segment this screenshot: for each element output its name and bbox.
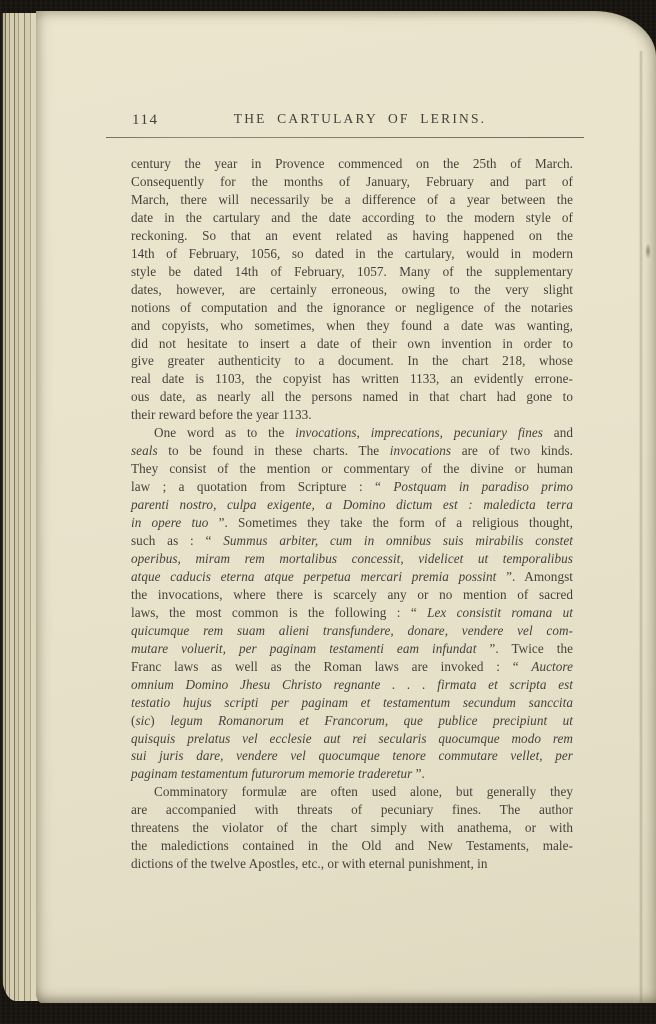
text-run: such as : “ [131, 533, 223, 548]
text-run: dictions of the twelve Apostles, etc., o… [131, 856, 488, 871]
text-run: One word as to the [154, 425, 295, 440]
text-line: testatio hujus scripti per paginam et te… [131, 694, 573, 712]
text-run: and copyists, who sometimes, when they f… [131, 318, 573, 333]
text-line: mutare voluerit, per paginam testamenti … [131, 640, 573, 658]
text-line: omnium Domino Jhesu Christo regnante . .… [131, 676, 573, 694]
italic-text-run: parenti nostro, culpa exigente, a Domino… [131, 497, 573, 512]
text-line: seals to be found in these charts. The i… [131, 442, 573, 460]
italic-text-run: in opere tuo [131, 515, 208, 530]
text-run: notions of computation and the ignorance… [131, 300, 573, 315]
italic-text-run: omnium Domino Jhesu Christo regnante . .… [131, 677, 573, 692]
text-line: their reward before the year 1133. [131, 406, 573, 424]
text-run: give greater authenticity to a document.… [131, 353, 573, 368]
text-line: quicumque rem suam alieni transfundere, … [131, 622, 573, 640]
text-line: in opere tuo ”. Sometimes they take the … [131, 514, 573, 532]
text-line: laws, the most common is the following :… [131, 604, 573, 622]
text-run: date in the cartulary and the date accor… [131, 210, 573, 225]
text-line: Franc laws as well as the Roman laws are… [131, 658, 573, 676]
italic-text-run: legum Romanorum et Francorum, que public… [170, 713, 573, 728]
italic-text-run: invocations [390, 443, 451, 458]
text-run: real date is 1103, the copyist has writt… [131, 371, 573, 386]
running-title: THE CARTULARY OF LERINS. [131, 111, 573, 127]
text-run: Comminatory formulæ are often used alone… [154, 784, 573, 799]
text-run: are of two kinds. [451, 443, 573, 458]
text-run: ”. Amongst [496, 569, 573, 584]
text-run: did not hesitate to insert a date of the… [131, 336, 573, 351]
text-run: ”. Twice the [476, 641, 573, 656]
text-run: the maledictions contained in the Old an… [131, 838, 573, 853]
text-line: the invocations, where there is scarcely… [131, 586, 573, 604]
text-line: Consequently for the months of January, … [131, 173, 573, 191]
text-line: dictions of the twelve Apostles, etc., o… [131, 855, 573, 873]
page-number: 114 [132, 112, 158, 129]
text-line: are accompanied with threats of pecuniar… [131, 801, 573, 819]
text-line: 14th of February, 1056, so dated in the … [131, 245, 573, 263]
text-line: sui juris dare, vendere vel quocumque te… [131, 747, 573, 765]
text-line: atque caducis eterna atque perpetua merc… [131, 568, 573, 586]
text-line: real date is 1103, the copyist has writt… [131, 370, 573, 388]
text-line: did not hesitate to insert a date of the… [131, 335, 573, 353]
text-line: March, there will necessarily be a diffe… [131, 191, 573, 209]
text-line: such as : “ Summus arbiter, cum in omnib… [131, 532, 573, 550]
text-line: paginam testamentum futurorum memorie tr… [131, 765, 573, 783]
text-run: ous date, as nearly all the persons name… [131, 389, 573, 404]
text-run: They consist of the mention or commentar… [131, 461, 573, 476]
italic-text-run: operibus, miram rem mortalibus concessit… [131, 551, 573, 566]
text-line: Comminatory formulæ are often used alone… [131, 783, 573, 801]
text-run: their reward before the year 1133. [131, 407, 312, 422]
text-line: law ; a quotation from Scripture : “ Pos… [131, 478, 573, 496]
text-line: the maledictions contained in the Old an… [131, 837, 573, 855]
text-run: are accompanied with threats of pecuniar… [131, 802, 573, 817]
text-line: parenti nostro, culpa exigente, a Domino… [131, 496, 573, 514]
italic-text-run: quisquis prelatus vel ecclesie aut rei s… [131, 731, 573, 746]
italic-text-run: testatio hujus scripti per paginam et te… [131, 695, 573, 710]
italic-text-run: seals [131, 443, 158, 458]
italic-text-run: Lex consistit romana ut [427, 605, 573, 620]
italic-text-run: Postquam in paradiso primo [393, 479, 573, 494]
text-run: ) [150, 713, 170, 728]
page-edge-notch [645, 243, 651, 259]
text-run: Franc laws as well as the Roman laws are… [131, 659, 531, 674]
italic-text-run: sic [135, 713, 150, 728]
italic-text-run: paginam testamentum futurorum memorie tr… [131, 766, 412, 781]
text-line: style be dated 14th of February, 1057. M… [131, 263, 573, 281]
italic-text-run: atque caducis eterna atque perpetua merc… [131, 569, 496, 584]
book-photo-background: 114 THE CARTULARY OF LERINS. century the… [0, 0, 656, 1024]
book-page: 114 THE CARTULARY OF LERINS. century the… [36, 11, 656, 1003]
text-run: 14th of February, 1056, so dated in the … [131, 246, 573, 261]
text-run: laws, the most common is the following :… [131, 605, 427, 620]
italic-text-run: mutare voluerit, per paginam testamenti … [131, 641, 476, 656]
text-run: Consequently for the months of January, … [131, 174, 573, 189]
text-line: (sic) legum Romanorum et Francorum, que … [131, 712, 573, 730]
text-run: and [543, 425, 573, 440]
text-run: reckoning. So that an event related as h… [131, 228, 573, 243]
text-line: reckoning. So that an event related as h… [131, 227, 573, 245]
text-run: threatens the violator of the chart simp… [131, 820, 573, 835]
italic-text-run: quicumque rem suam alieni transfundere, … [131, 623, 573, 638]
text-run: to be found in these charts. The [158, 443, 390, 458]
text-line: date in the cartulary and the date accor… [131, 209, 573, 227]
page-header: 114 THE CARTULARY OF LERINS. [131, 111, 573, 131]
text-run: ”. Sometimes they take the form of a rel… [208, 515, 573, 530]
text-run: century the year in Provence commenced o… [131, 156, 573, 171]
text-line: century the year in Provence commenced o… [131, 155, 573, 173]
italic-text-run: sui juris dare, vendere vel quocumque te… [131, 748, 573, 763]
text-run: style be dated 14th of February, 1057. M… [131, 264, 573, 279]
text-line: and copyists, who sometimes, when they f… [131, 317, 573, 335]
header-rule [106, 137, 584, 138]
italic-text-run: invocations, imprecations, pecuniary fin… [295, 425, 543, 440]
page-fold-highlight [639, 51, 643, 1003]
text-line: quisquis prelatus vel ecclesie aut rei s… [131, 730, 573, 748]
italic-text-run: Summus arbiter, cum in omnibus suis mira… [223, 533, 573, 548]
page-text: century the year in Provence commenced o… [131, 155, 573, 873]
text-run: March, there will necessarily be a diffe… [131, 192, 573, 207]
page-edge-stack [2, 13, 38, 1001]
text-line: notions of computation and the ignorance… [131, 299, 573, 317]
text-run: the invocations, where there is scarcely… [131, 587, 573, 602]
text-line: One word as to the invocations, imprecat… [131, 424, 573, 442]
italic-text-run: Auctore [531, 659, 573, 674]
text-run: dates, however, are certainly erroneous,… [131, 282, 573, 297]
text-line: operibus, miram rem mortalibus concessit… [131, 550, 573, 568]
text-line: They consist of the mention or commentar… [131, 460, 573, 478]
text-line: dates, however, are certainly erroneous,… [131, 281, 573, 299]
text-run: law ; a quotation from Scripture : “ [131, 479, 393, 494]
text-line: give greater authenticity to a document.… [131, 352, 573, 370]
text-line: ous date, as nearly all the persons name… [131, 388, 573, 406]
text-line: threatens the violator of the chart simp… [131, 819, 573, 837]
text-run: ”. [412, 766, 425, 781]
